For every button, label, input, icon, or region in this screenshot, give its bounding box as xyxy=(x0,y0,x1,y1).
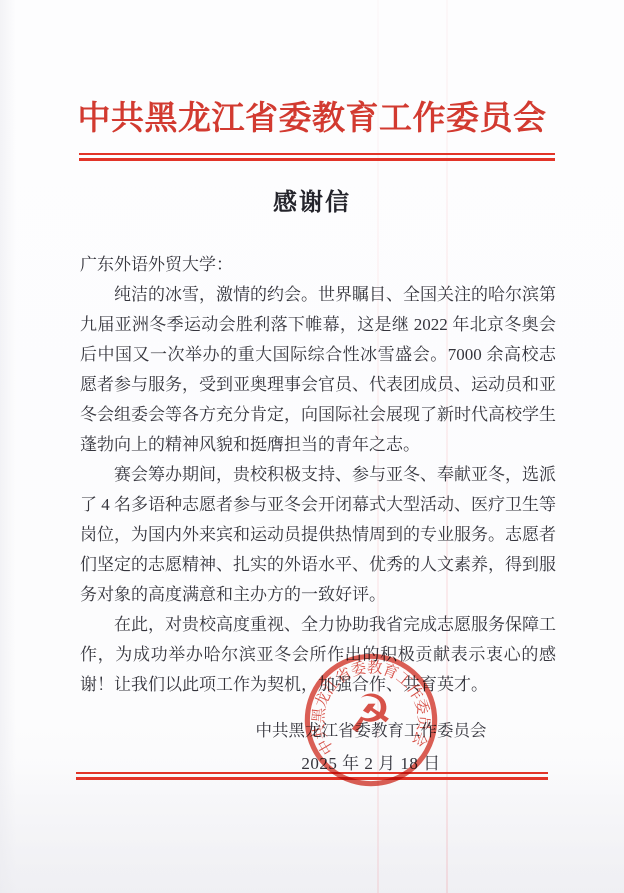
body-line: 了 4 名多语种志愿者参与亚冬会开闭幕式大型活动、医疗卫生等 xyxy=(80,490,556,520)
body-line: 务对象的高度满意和主办方的一致好评。 xyxy=(80,580,556,610)
body-line: 们坚定的志愿精神、扎实的外语水平、优秀的人文素养，得到服 xyxy=(80,550,556,580)
body-line: 后中国又一次举办的重大国际综合性冰雪盛会。7000 余高校志 xyxy=(80,340,556,370)
letter-title: 感谢信 xyxy=(0,182,624,217)
body-line: 作，为成功举办哈尔滨亚冬会所作出的积极贡献表示衷心的感 xyxy=(80,640,556,670)
signature-block: 中共黑龙江省委教育工作委员会 2025 年 2 月 18 日 xyxy=(251,714,491,780)
body-line: 在此，对贵校高度重视、全力协助我省完成志愿服务保障工 xyxy=(80,610,556,640)
body-line: 蓬勃向上的精神风貌和挺膺担当的青年之志。 xyxy=(80,430,556,460)
recipient-line: 广东外语外贸大学： xyxy=(80,250,556,280)
letterhead-org-title: 中共黑龙江省委教育工作委员会 xyxy=(0,92,624,139)
letter-body: 广东外语外贸大学： 纯洁的冰雪，激情的约会。世界瞩目、全国关注的哈尔滨第 九届亚… xyxy=(80,250,556,700)
body-line: 纯洁的冰雪，激情的约会。世界瞩目、全国关注的哈尔滨第 xyxy=(80,280,556,310)
body-line: 九届亚洲冬季运动会胜利落下帷幕，这是继 2022 年北京冬奥会 xyxy=(80,310,556,340)
letter-page: 中共黑龙江省委教育工作委员会 感谢信 广东外语外贸大学： 纯洁的冰雪，激情的约会… xyxy=(0,0,624,893)
body-line: 岗位，为国内外来宾和运动员提供热情周到的专业服务。志愿者 xyxy=(80,520,556,550)
signature-org: 中共黑龙江省委教育工作委员会 xyxy=(251,714,491,747)
body-line: 冬会组委会等各方充分肯定，向国际社会展现了新时代高校学生 xyxy=(80,400,556,430)
footer-divider xyxy=(76,772,548,780)
letterhead-divider xyxy=(79,153,555,161)
body-line: 赛会筹办期间，贵校积极支持、参与亚冬、奉献亚冬，选派 xyxy=(80,460,556,490)
body-line: 谢！让我们以此项工作为契机，加强合作、共育英才。 xyxy=(80,670,556,700)
body-line: 愿者参与服务，受到亚奥理事会官员、代表团成员、运动员和亚 xyxy=(80,370,556,400)
